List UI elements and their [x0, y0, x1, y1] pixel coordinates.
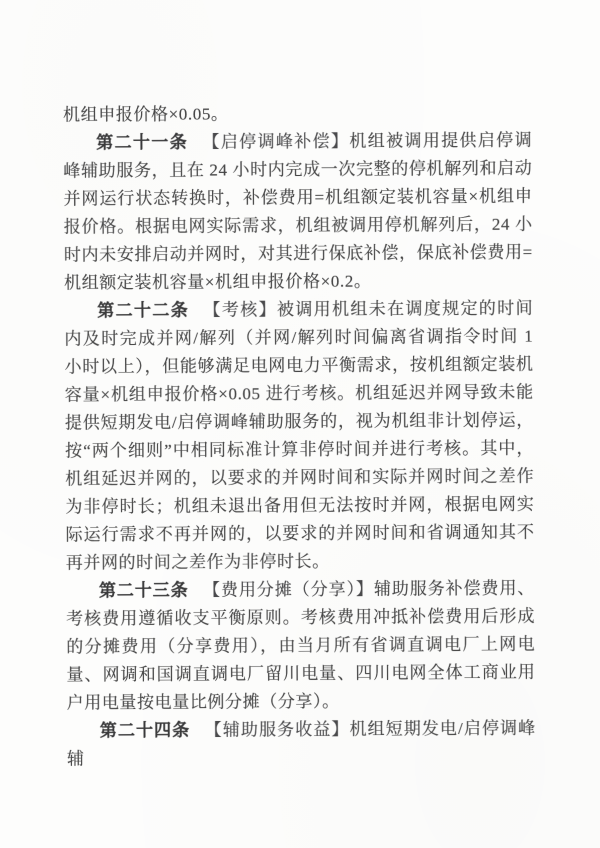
article-23-label: 【费用分摊（分享）】	[203, 580, 374, 600]
article-21-label: 【启停调峰补偿】	[202, 132, 349, 152]
article-24: 第二十四条【辅助服务收益】机组短期发电/启停调峰辅	[67, 715, 536, 774]
article-22-number: 第二十二条	[97, 301, 189, 321]
paragraph-continuation-line: 机组申报价格×0.05。	[63, 99, 532, 130]
article-24-label: 【辅助服务收益】	[205, 720, 350, 740]
article-22: 第二十二条【考核】被调用机组未在调度规定的时间内及时完成并网/解列（并网/解列时…	[64, 295, 535, 578]
document-text-block: 机组申报价格×0.05。 第二十一条【启停调峰补偿】机组被调用提供启停调峰辅助服…	[63, 99, 536, 774]
article-23: 第二十三条【费用分摊（分享）】辅助服务补偿费用、考核费用遵循收支平衡原则。考核费…	[66, 575, 536, 718]
article-21: 第二十一条【启停调峰补偿】机组被调用提供启停调峰辅助服务，且在 24 小时内完成…	[63, 127, 533, 298]
article-22-label: 【考核】	[203, 300, 277, 319]
article-23-number: 第二十三条	[99, 581, 189, 601]
article-24-number: 第二十四条	[100, 721, 191, 741]
article-21-number: 第二十一条	[96, 133, 188, 153]
document-page: 机组申报价格×0.05。 第二十一条【启停调峰补偿】机组被调用提供启停调峰辅助服…	[0, 0, 600, 848]
article-22-body: 被调用机组未在调度规定的时间内及时完成并网/解列（并网/解列时间偏离省调指令时间…	[64, 299, 534, 573]
article-21-body: 机组被调用提供启停调峰辅助服务，且在 24 小时内完成一次完整的停机解列和启动并…	[63, 131, 533, 293]
scanned-document: { "page": { "background_color": "#fdfdfc…	[0, 0, 600, 848]
